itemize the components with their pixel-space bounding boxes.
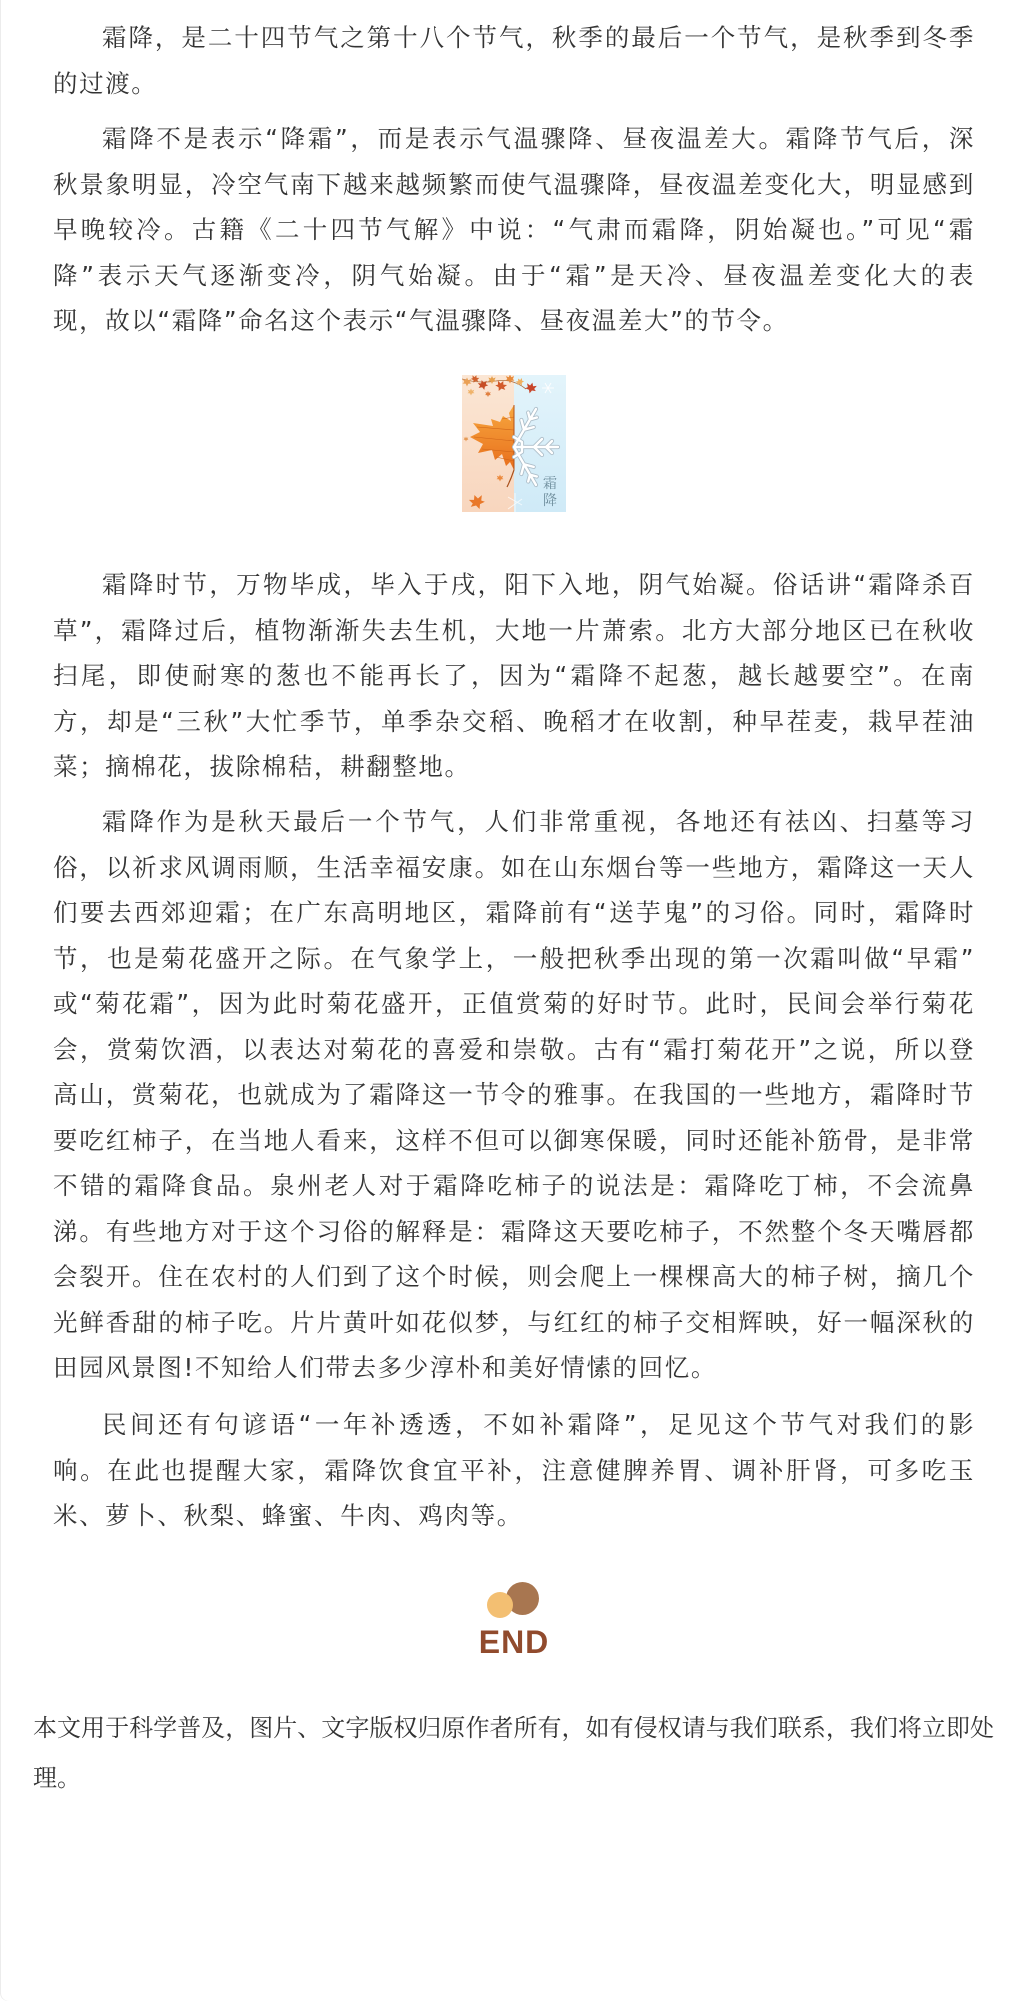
autumn-leaf-snowflake-illustration: 霜 降	[462, 375, 566, 512]
paragraph-line: 民间还有句谚语“一年补透透，不如补霜降”，足见这个节气对我们的影	[53, 1402, 975, 1448]
paragraph-line: 早晚较冷。古籍《二十四节气解》中说：“气肃而霜降，阴始凝也。”可见“霜	[53, 207, 975, 253]
paragraph-line: 俗，以祈求风调雨顺，生活幸福安康。如在山东烟台等一些地方，霜降这一天人	[53, 845, 975, 891]
paragraph-line: 霜降时节，万物毕成，毕入于戌，阳下入地，阴气始凝。俗话讲“霜降杀百	[53, 562, 975, 608]
disclaimer-line: 本文用于科学普及，图片、文字版权归原作者所有，如有侵权请与我们联系，我们将立即处	[33, 1703, 994, 1753]
paragraph-line: 田园风景图!不知给人们带去多少淳朴和美好情愫的回忆。	[53, 1345, 975, 1391]
paragraph-line: 或“菊花霜”，因为此时菊花盛开，正值赏菊的好时节。此时，民间会举行菊花	[53, 981, 975, 1027]
paragraph-intro: 霜降，是二十四节气之第十八个节气，秋季的最后一个节气，是秋季到冬季 的过渡。	[53, 15, 975, 106]
paragraph-line: 霜降作为是秋天最后一个节气，人们非常重视，各地还有祛凶、扫墓等习	[53, 799, 975, 845]
paragraph-line: 草”，霜降过后，植物渐渐失去生机，大地一片萧索。北方大部分地区已在秋收	[53, 608, 975, 654]
end-label: END	[2, 1626, 1024, 1658]
paragraph-line: 不错的霜降食品。泉州老人对于霜降吃柿子的说法是：霜降吃丁柿，不会流鼻	[53, 1163, 975, 1209]
end-dot-small-icon	[487, 1592, 513, 1618]
paragraph-line: 霜降，是二十四节气之第十八个节气，秋季的最后一个节气，是秋季到冬季	[53, 15, 975, 61]
paragraph-line: 响。在此也提醒大家，霜降饮食宜平补，注意健脾养胃、调补肝肾，可多吃玉	[53, 1448, 975, 1494]
paragraph-line: 光鲜香甜的柿子吃。片片黄叶如花似梦，与红红的柿子交相辉映，好一幅深秋的	[53, 1300, 975, 1346]
paragraph-meaning: 霜降不是表示“降霜”，而是表示气温骤降、昼夜温差大。霜降节气后，深 秋景象明显，…	[53, 116, 975, 344]
paragraph-line: 降”表示天气逐渐变冷，阴气始凝。由于“霜”是天冷、昼夜温差变化大的表	[53, 253, 975, 299]
paragraph-line: 节，也是菊花盛开之际。在气象学上，一般把秋季出现的第一次霜叫做“早霜”	[53, 936, 975, 982]
paragraph-customs: 霜降作为是秋天最后一个节气，人们非常重视，各地还有祛凶、扫墓等习 俗，以祈求风调…	[53, 799, 975, 1391]
article-page: 霜降，是二十四节气之第十八个节气，秋季的最后一个节气，是秋季到冬季 的过渡。 霜…	[0, 0, 1024, 2001]
paragraph-line: 方，却是“三秋”大忙季节，单季杂交稻、晚稻才在收割，种早茬麦，栽早茬油	[53, 699, 975, 745]
paragraph-line: 的过渡。	[53, 61, 975, 107]
paragraph-diet-tips: 民间还有句谚语“一年补透透，不如补霜降”，足见这个节气对我们的影 响。在此也提醒…	[53, 1402, 975, 1539]
paragraph-line: 高山，赏菊花，也就成为了霜降这一节令的雅事。在我国的一些地方，霜降时节	[53, 1072, 975, 1118]
paragraph-line: 们要去西郊迎霜；在广东高明地区，霜降前有“送芋鬼”的习俗。同时，霜降时	[53, 890, 975, 936]
paragraph-line: 扫尾，即使耐寒的葱也不能再长了，因为“霜降不起葱，越长越要空”。在南	[53, 653, 975, 699]
copyright-disclaimer: 本文用于科学普及，图片、文字版权归原作者所有，如有侵权请与我们联系，我们将立即处…	[33, 1703, 994, 1803]
paragraph-line: 霜降不是表示“降霜”，而是表示气温骤降、昼夜温差大。霜降节气后，深	[53, 116, 975, 162]
figure-vertical-text: 降	[543, 493, 557, 509]
disclaimer-line: 理。	[33, 1753, 994, 1803]
paragraph-line: 现，故以“霜降”命名这个表示“气温骤降、昼夜温差大”的节令。	[53, 298, 975, 344]
paragraph-line: 米、萝卜、秋梨、蜂蜜、牛肉、鸡肉等。	[53, 1493, 975, 1539]
paragraph-line: 会，赏菊饮酒，以表达对菊花的喜爱和崇敬。古有“霜打菊花开”之说，所以登	[53, 1027, 975, 1073]
paragraph-line: 菜；摘棉花，拔除棉秸，耕翻整地。	[53, 744, 975, 790]
paragraph-line: 秋景象明显，冷空气南下越来越频繁而使气温骤降，昼夜温差变化大，明显感到	[53, 162, 975, 208]
article-image-frost-descent[interactable]: 霜 降	[462, 375, 566, 512]
paragraph-line: 会裂开。住在农村的人们到了这个时候，则会爬上一棵棵高大的柿子树，摘几个	[53, 1254, 975, 1300]
paragraph-season: 霜降时节，万物毕成，毕入于戌，阳下入地，阴气始凝。俗话讲“霜降杀百 草”，霜降过…	[53, 562, 975, 790]
figure-vertical-text: 霜	[543, 476, 557, 492]
paragraph-line: 要吃红柿子，在当地人看来，这样不但可以御寒保暖，同时还能补筋骨，是非常	[53, 1118, 975, 1164]
paragraph-line: 涕。有些地方对于这个习俗的解释是：霜降这天要吃柿子，不然整个冬天嘴唇都	[53, 1209, 975, 1255]
